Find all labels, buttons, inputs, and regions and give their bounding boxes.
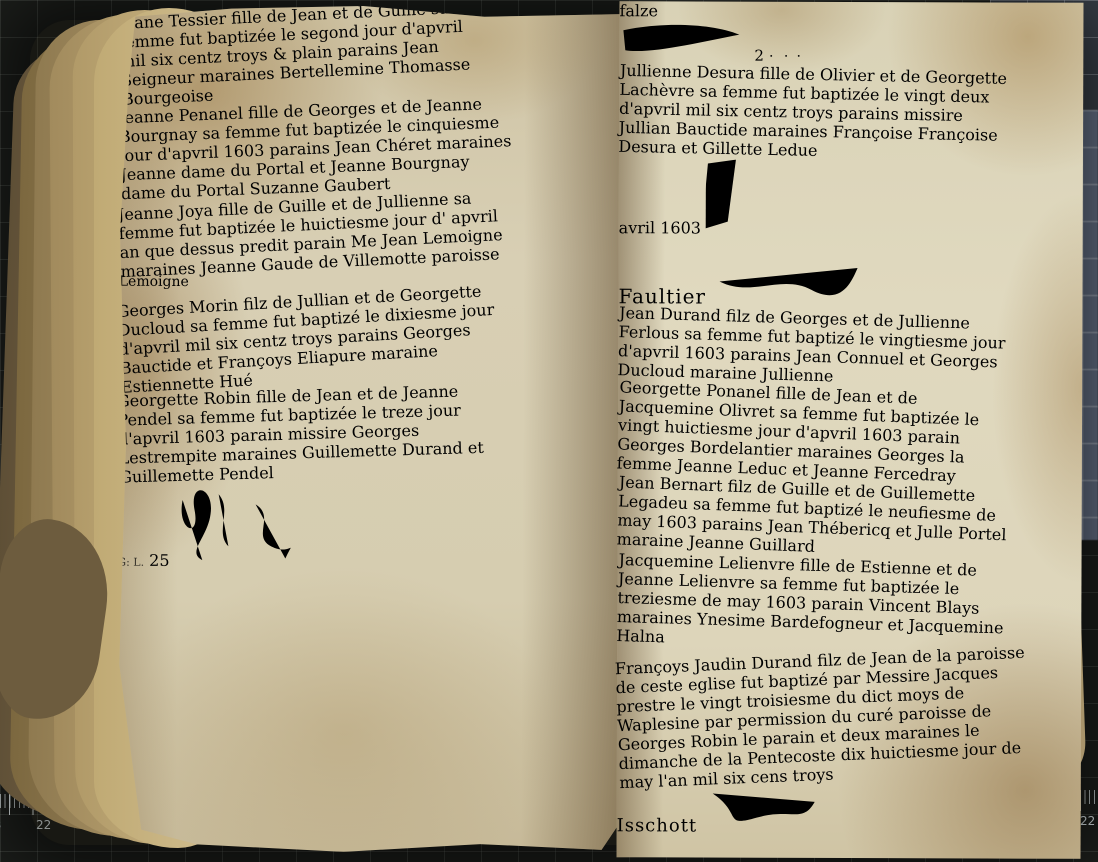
baptism-entry: Jullienne Desura fille de Olivier et de … xyxy=(618,61,1010,164)
margin-dots: · · xyxy=(769,49,791,65)
photo-scene: 23 22 21 20 21 22 Jeane Tessier fille de… xyxy=(0,0,1098,862)
margin-numeral: 2 xyxy=(754,47,764,65)
baptism-entry: Georgette Robin fille de Jean et de Jean… xyxy=(117,380,520,487)
closing-signature: Isschott xyxy=(617,815,698,836)
baptism-entry: Jean Bernart filz de Guille et de Guille… xyxy=(616,472,1011,563)
baptism-entry: Jeane Tessier fille de Jean et de Guille… xyxy=(118,0,477,109)
margin-dot: · xyxy=(796,49,801,65)
baptism-entry: Jacquemine Lelienvre fille de Estienne e… xyxy=(616,550,1017,657)
baptism-entry: Georgette Ponanel fille de Jean et de Ja… xyxy=(616,377,1011,487)
right-page: falze 2 · · · Jullienne Desura fille de … xyxy=(617,1,1084,859)
margin-month: avril xyxy=(619,218,656,237)
signature-flourish xyxy=(175,480,241,566)
margin-note-bracket xyxy=(706,159,740,233)
folio-number: 25 xyxy=(149,551,169,570)
marriage-entry: Françoys Jaudin Durand filz de Jean de l… xyxy=(614,643,1033,793)
left-page: Jeane Tessier fille de Jean et de Guille… xyxy=(116,5,626,854)
quire-header: falze xyxy=(619,1,1083,22)
priest-signature-paraph xyxy=(711,238,861,305)
margin-year: 1603 xyxy=(660,218,701,237)
baptism-entry: Jeanne Penanel fille de Georges et de Je… xyxy=(118,93,516,203)
header-swash xyxy=(619,20,749,60)
closing-signature-paraph xyxy=(702,783,822,831)
baptism-entry: Georges Morin filz de Jullian et de Geor… xyxy=(116,280,521,397)
margin-date-note: avril 1603 xyxy=(619,159,1083,239)
ruler-number: 22 xyxy=(1080,814,1095,828)
signature-flourish xyxy=(246,496,302,566)
baptism-entry: Jean Durand filz de Georges et de Jullie… xyxy=(617,303,1009,391)
ruler-number: 23 xyxy=(0,818,1,832)
